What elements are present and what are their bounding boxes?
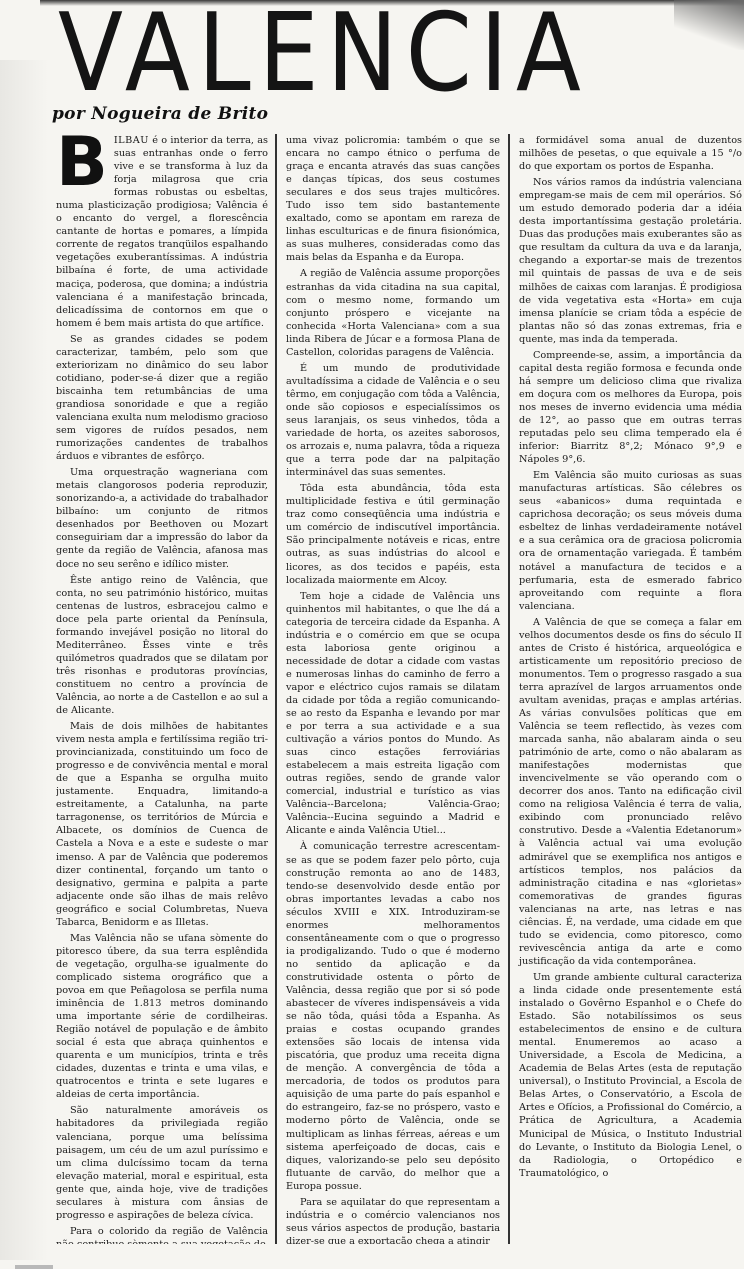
paragraph: São naturalmente amoráveis os habitadore… [56, 1104, 268, 1221]
column-2: uma vivaz policromia: também o que se en… [275, 134, 510, 1244]
paragraph: À comunicação terrestre acrescentam-se a… [286, 840, 500, 1192]
paragraph: É um mundo de produtividade avultadíssim… [286, 362, 500, 479]
drop-cap: B [56, 136, 108, 190]
paragraph: Mais de dois milhões de habitantes vivem… [56, 720, 268, 929]
paragraph: Mas Valência não se ufana sòmente do pit… [56, 932, 268, 1102]
paragraph: Tem hoje a cidade de Valência uns quinhe… [286, 590, 500, 838]
paragraph: A região de Valência assume proporções e… [286, 267, 500, 358]
paragraph: Em Valência são muito curiosas as suas m… [519, 469, 742, 613]
paragraph: Uma orquestração wagneriana com metais c… [56, 466, 268, 570]
article-byline: por Nogueira de Brito [52, 104, 268, 124]
paragraph: Se as grandes cidades se podem caracteri… [56, 333, 268, 463]
paragraph: Um grande ambiente cultural caracteriza … [519, 971, 742, 1180]
paragraph: BILBAU é o interior da terra, as suas en… [56, 134, 268, 330]
paragraph: Para o colorido da região de Valência nã… [56, 1225, 268, 1244]
column-1: BILBAU é o interior da terra, as suas en… [56, 134, 275, 1244]
page-left-bleed [0, 60, 48, 1260]
paragraph: Para se aquilatar do que representam a i… [286, 1196, 500, 1244]
paragraph: uma vivaz policromia: também o que se en… [286, 134, 500, 264]
page-corner-shadow [674, 0, 744, 50]
paragraph: Nos vários ramos da indústria valenciana… [519, 176, 742, 346]
paragraph: a formidável soma anual de duzentos milh… [519, 134, 742, 173]
lead-word: ILBAU [114, 135, 149, 146]
paragraph: Êste antigo reino de Valência, que conta… [56, 574, 268, 718]
paragraph: A Valência de que se começa a falar em v… [519, 616, 742, 968]
article-title: VALENCIA [58, 4, 665, 104]
column-3: a formidável soma anual de duzentos milh… [510, 134, 742, 1244]
paragraph: Compreende-se, assim, a importância da c… [519, 349, 742, 466]
article-body: BILBAU é o interior da terra, as suas en… [56, 134, 742, 1244]
page-footer-mark [15, 1265, 53, 1269]
paragraph: Tôda esta abundância, tôda esta multipli… [286, 482, 500, 586]
